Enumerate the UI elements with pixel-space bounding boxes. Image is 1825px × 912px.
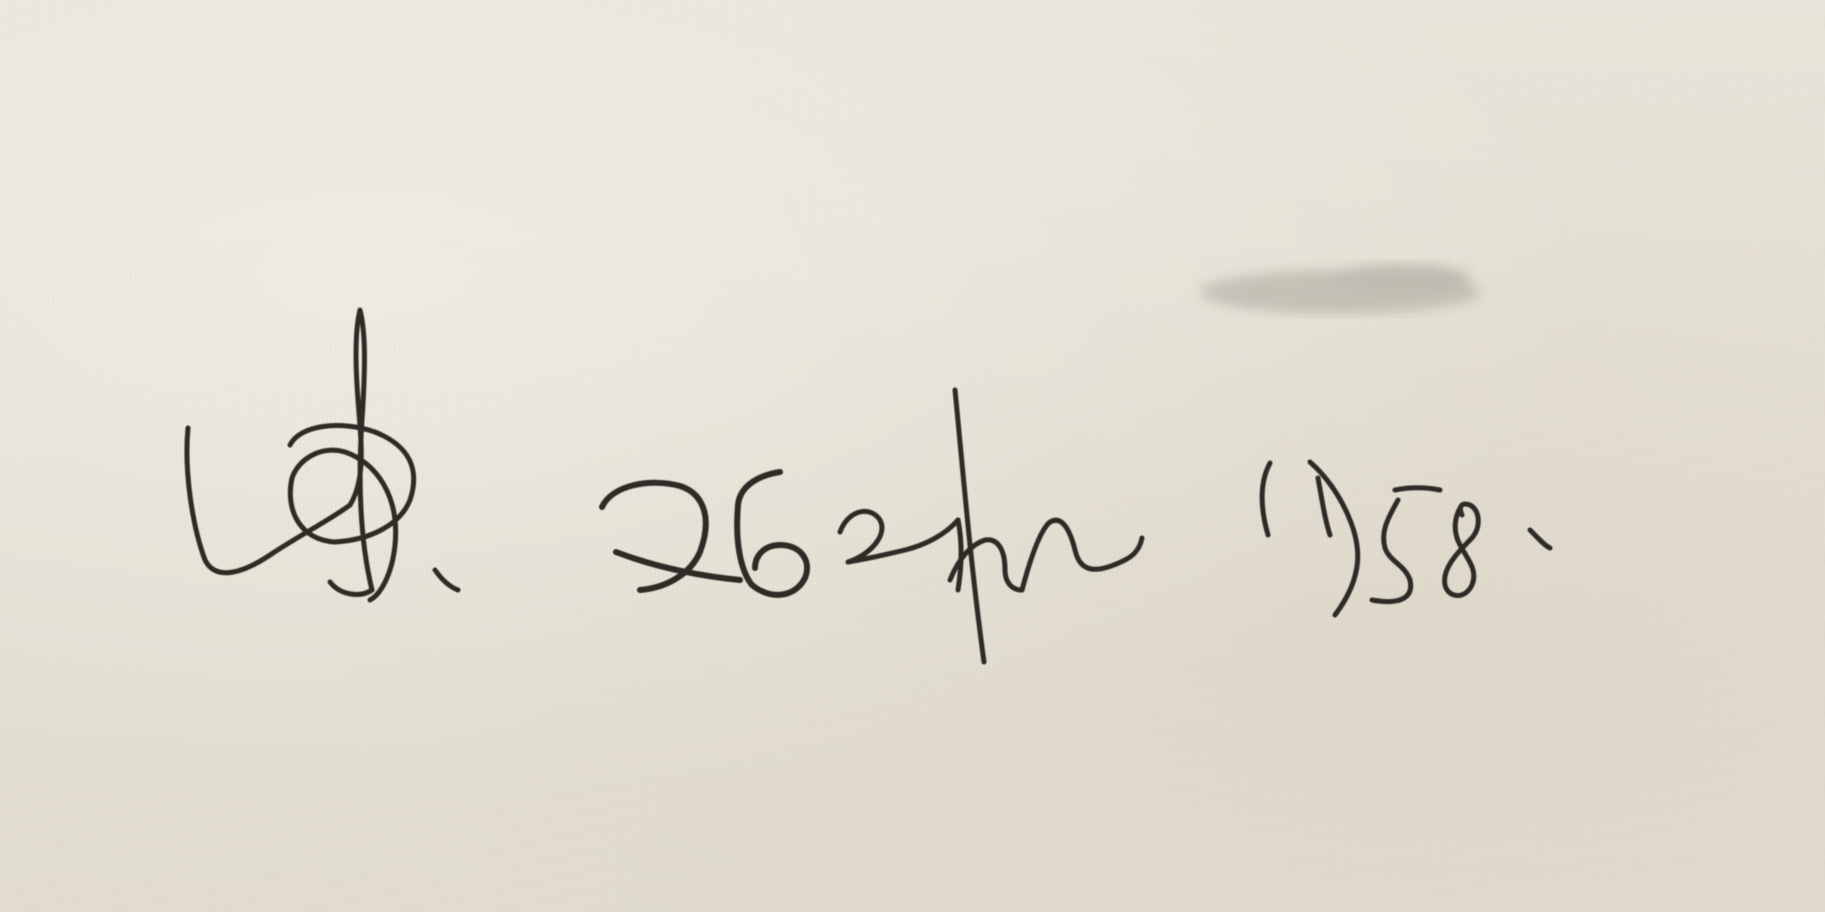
handwriting-ink: [0, 0, 1825, 912]
handwritten-year: [1262, 462, 1550, 615]
signature-monogram: [187, 310, 458, 600]
handwritten-day: [602, 472, 807, 595]
handwritten-month: [840, 390, 1142, 662]
paper-sheet: 26 apr 1958. 26 apr 1958.: [0, 0, 1825, 912]
ink-smudge: [1200, 264, 1480, 314]
